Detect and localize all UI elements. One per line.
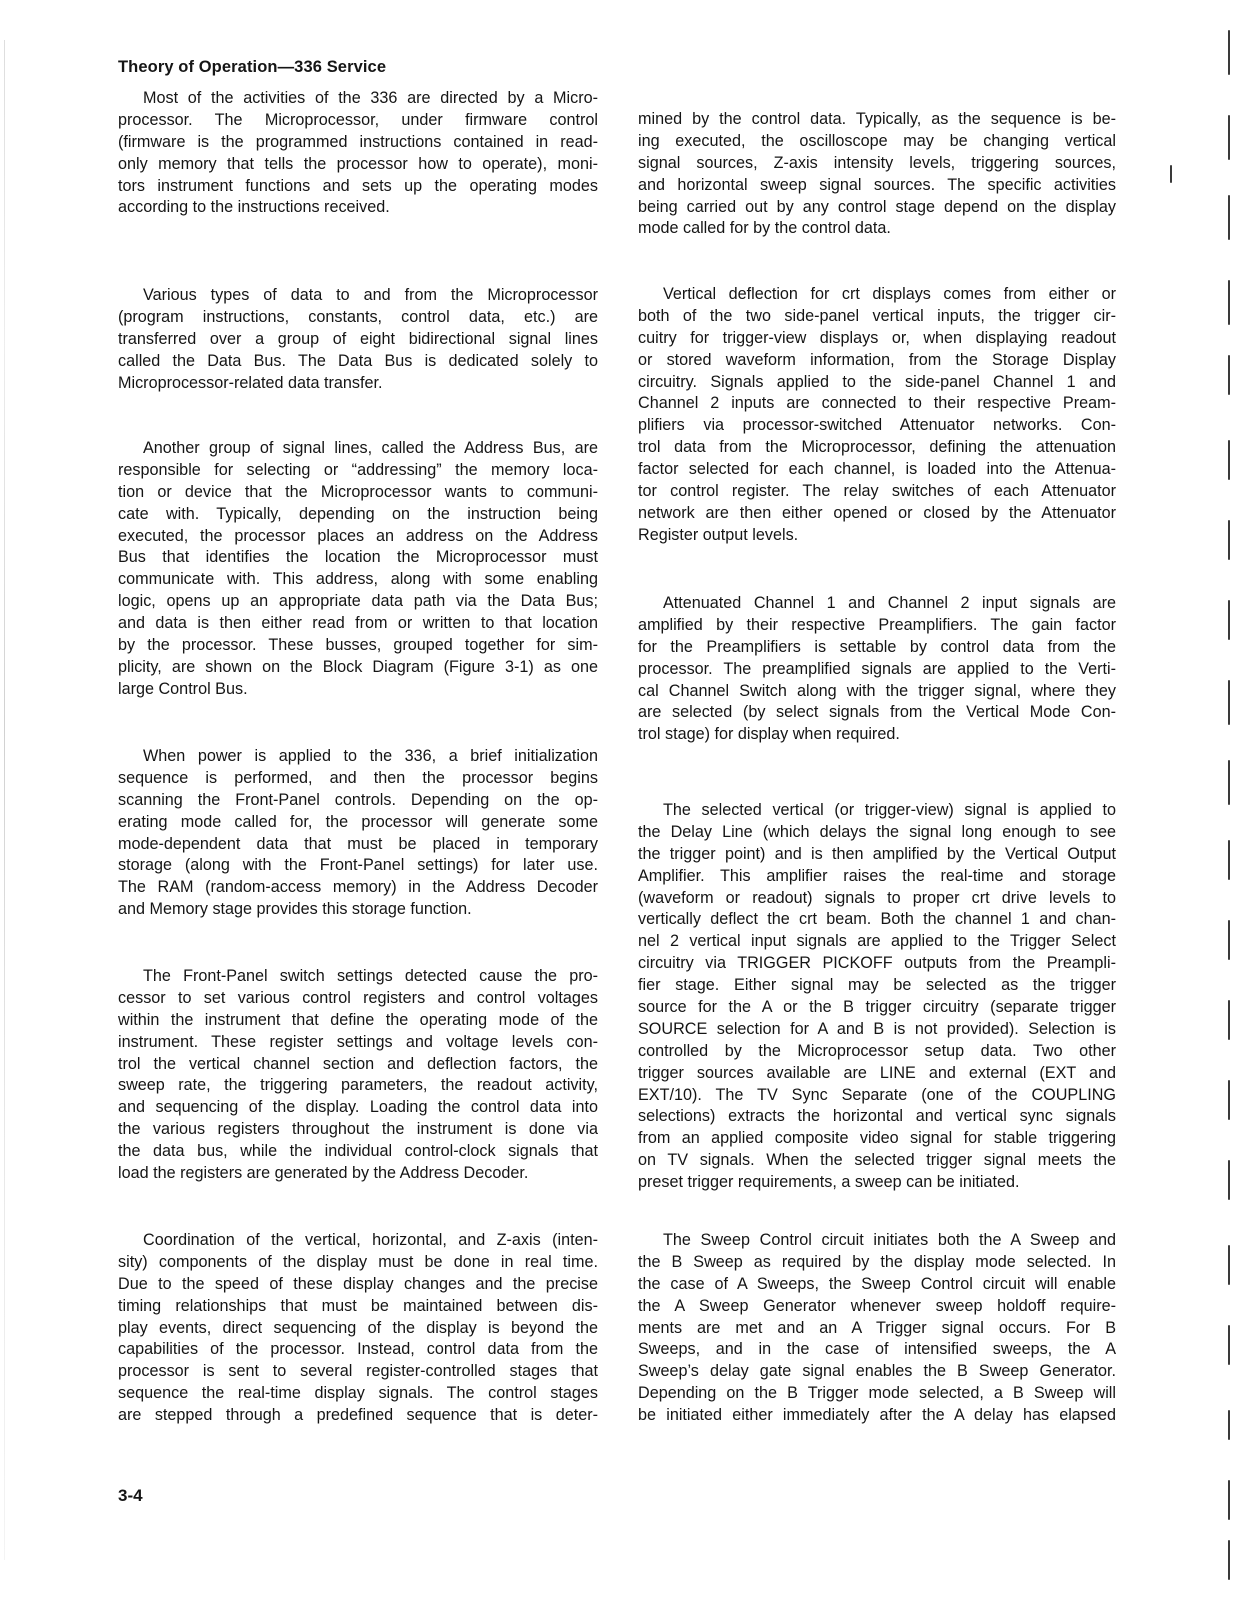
text-line: Depending on the B Trigger mode selected… — [638, 1383, 1116, 1405]
text-line: Another group of signal lines, called th… — [118, 438, 598, 460]
text-line: controlled by the Microprocessor setup d… — [638, 1041, 1116, 1063]
text-line: (firmware is the programmed instructions… — [118, 132, 598, 154]
scan-edge-mark — [1228, 680, 1230, 725]
text-line: Amplifier. This amplifier raises the rea… — [638, 866, 1116, 888]
paragraph: Most of the activities of the 336 are di… — [118, 88, 598, 219]
text-line: circuitry. Signals applied to the side-p… — [638, 372, 1116, 394]
text-line: cessor to set various control registers … — [118, 988, 598, 1010]
scan-edge-mark — [1228, 1480, 1230, 1520]
text-line: selections) extracts the horizontal and … — [638, 1106, 1116, 1128]
scan-edge-mark — [1228, 115, 1230, 160]
text-line: EXT/10). The TV Sync Separate (one of th… — [638, 1085, 1116, 1107]
text-line: Channel 2 inputs are connected to their … — [638, 393, 1116, 415]
text-line: cal Channel Switch along with the trigge… — [638, 681, 1116, 703]
text-line: processor. The preamplified signals are … — [638, 659, 1116, 681]
paragraph: The Front-Panel switch settings detected… — [118, 966, 598, 1185]
scan-edge-mark — [1228, 1410, 1230, 1440]
text-line: by the processor. These busses, grouped … — [118, 635, 598, 657]
text-line: only memory that tells the processor how… — [118, 154, 598, 176]
text-line: are stepped through a predefined sequenc… — [118, 1405, 598, 1427]
scan-edge-mark — [1228, 440, 1230, 480]
text-line: the case of A Sweeps, the Sweep Control … — [638, 1274, 1116, 1296]
text-line: nel 2 vertical input signals are applied… — [638, 931, 1116, 953]
scan-edge-mark — [1228, 355, 1230, 395]
text-line: Sweeps, and in the case of intensified s… — [638, 1339, 1116, 1361]
text-line: The Front-Panel switch settings detected… — [118, 966, 598, 988]
scan-edge-mark — [1228, 1325, 1230, 1365]
text-line: processor is sent to several register-co… — [118, 1361, 598, 1383]
text-line: the Delay Line (which delays the signal … — [638, 822, 1116, 844]
text-line: processor. The Microprocessor, under fir… — [118, 110, 598, 132]
text-line: scanning the Front-Panel controls. Depen… — [118, 790, 598, 812]
text-line: cate with. Typically, depending on the i… — [118, 504, 598, 526]
scan-edge-left — [4, 40, 5, 1560]
text-line: The selected vertical (or trigger-view) … — [638, 800, 1116, 822]
text-line: Most of the activities of the 336 are di… — [118, 88, 598, 110]
text-line: the A Sweep Generator whenever sweep hol… — [638, 1296, 1116, 1318]
scan-edge-mark — [1170, 165, 1172, 183]
text-line: play events, direct sequencing of the di… — [118, 1318, 598, 1340]
text-line: circuitry via TRIGGER PICKOFF outputs fr… — [638, 953, 1116, 975]
text-line: fier stage. Either signal may be selecte… — [638, 975, 1116, 997]
text-line: load the registers are generated by the … — [118, 1163, 598, 1185]
scan-edge-mark — [1228, 1245, 1230, 1285]
text-line: both of the two side-panel vertical inpu… — [638, 306, 1116, 328]
text-line: Bus that identifies the location the Mic… — [118, 547, 598, 569]
text-line: The RAM (random-access memory) in the Ad… — [118, 877, 598, 899]
text-line: the data bus, while the individual contr… — [118, 1141, 598, 1163]
paragraph: The Sweep Control circuit initiates both… — [638, 1230, 1116, 1427]
text-line: according to the instructions received. — [118, 197, 598, 219]
scan-edge-mark — [1228, 520, 1230, 560]
text-line: timing relationships that must be mainta… — [118, 1296, 598, 1318]
text-line: the various registers throughout the ins… — [118, 1119, 598, 1141]
paragraph: The selected vertical (or trigger-view) … — [638, 800, 1116, 1194]
text-line: plicity, are shown on the Block Diagram … — [118, 657, 598, 679]
scan-edge-mark — [1228, 600, 1230, 640]
paragraph: mined by the control data. Typically, as… — [638, 109, 1116, 240]
text-line: network are then either opened or closed… — [638, 503, 1116, 525]
text-line: capabilities of the processor. Instead, … — [118, 1339, 598, 1361]
text-line: trol data from the Microprocessor, defin… — [638, 437, 1116, 459]
scan-edge-mark — [1228, 920, 1230, 960]
text-line: Sweep’s delay gate signal enables the B … — [638, 1361, 1116, 1383]
text-line: trol the vertical channel section and de… — [118, 1054, 598, 1076]
text-line: the trigger point) and is then amplified… — [638, 844, 1116, 866]
text-line: for the Preamplifiers is settable by con… — [638, 637, 1116, 659]
text-line: SOURCE selection for A and B is not prov… — [638, 1019, 1116, 1041]
text-line: When power is applied to the 336, a brie… — [118, 746, 598, 768]
text-line: ing executed, the oscilloscope may be ch… — [638, 131, 1116, 153]
paragraph: Another group of signal lines, called th… — [118, 438, 598, 701]
text-line: are selected (by select signals from the… — [638, 702, 1116, 724]
text-line: and data is then either read from or wri… — [118, 613, 598, 635]
text-line: and horizontal sweep signal sources. The… — [638, 175, 1116, 197]
text-line: from an applied composite video signal f… — [638, 1128, 1116, 1150]
scan-edge-mark — [1228, 1540, 1230, 1580]
text-line: and Memory stage provides this storage f… — [118, 899, 598, 921]
scan-edge-mark — [1228, 1000, 1230, 1040]
text-line: called the Data Bus. The Data Bus is ded… — [118, 351, 598, 373]
text-line: sequence the real-time display signals. … — [118, 1383, 598, 1405]
text-line: vertically deflect the crt beam. Both th… — [638, 909, 1116, 931]
text-line: executed, the processor places an addres… — [118, 526, 598, 548]
text-line: mode called for by the control data. — [638, 218, 1116, 240]
paragraph: Coordination of the vertical, horizontal… — [118, 1230, 598, 1427]
text-line: being carried out by any control stage d… — [638, 197, 1116, 219]
scan-edge-mark — [1228, 30, 1230, 75]
text-line: large Control Bus. — [118, 679, 598, 701]
text-line: plifiers via processor-switched Attenuat… — [638, 415, 1116, 437]
text-line: ments are met and an A Trigger signal oc… — [638, 1318, 1116, 1340]
scan-edge-mark — [1228, 840, 1230, 880]
text-line: sweep rate, the triggering parameters, t… — [118, 1075, 598, 1097]
text-line: The Sweep Control circuit initiates both… — [638, 1230, 1116, 1252]
text-line: Various types of data to and from the Mi… — [118, 285, 598, 307]
text-line: sity) components of the display must be … — [118, 1252, 598, 1274]
text-line: Coordination of the vertical, horizontal… — [118, 1230, 598, 1252]
text-line: source for the A or the B trigger circui… — [638, 997, 1116, 1019]
text-line: storage (along with the Front-Panel sett… — [118, 855, 598, 877]
text-line: preset trigger requirements, a sweep can… — [638, 1172, 1116, 1194]
scan-edge-mark — [1228, 1080, 1230, 1120]
text-line: mined by the control data. Typically, as… — [638, 109, 1116, 131]
text-line: and sequencing of the display. Loading t… — [118, 1097, 598, 1119]
paragraph: Vertical deflection for crt displays com… — [638, 284, 1116, 547]
text-line: instrument. These register settings and … — [118, 1032, 598, 1054]
paragraph: Various types of data to and from the Mi… — [118, 285, 598, 394]
page-number: 3-4 — [118, 1486, 143, 1506]
page-header-title: Theory of Operation—336 Service — [118, 58, 386, 77]
text-line: tion or device that the Microprocessor w… — [118, 482, 598, 504]
text-line: Microprocessor-related data transfer. — [118, 373, 598, 395]
paragraph: When power is applied to the 336, a brie… — [118, 746, 598, 921]
text-line: mode-dependent data that must be placed … — [118, 834, 598, 856]
text-line: factor selected for each channel, is loa… — [638, 459, 1116, 481]
text-line: or stored waveform information, from the… — [638, 350, 1116, 372]
text-line: trol stage) for display when required. — [638, 724, 1116, 746]
text-line: responsible for selecting or “addressing… — [118, 460, 598, 482]
text-line: communicate with. This address, along wi… — [118, 569, 598, 591]
scan-edge-mark — [1228, 195, 1230, 240]
text-line: signal sources, Z-axis intensity levels,… — [638, 153, 1116, 175]
text-line: the B Sweep as required by the display m… — [638, 1252, 1116, 1274]
paragraph: Attenuated Channel 1 and Channel 2 input… — [638, 593, 1116, 746]
text-line: trigger sources available are LINE and e… — [638, 1063, 1116, 1085]
text-line: cuitry for trigger-view displays or, whe… — [638, 328, 1116, 350]
text-line: Due to the speed of these display change… — [118, 1274, 598, 1296]
text-line: tors instrument functions and sets up th… — [118, 176, 598, 198]
text-line: (waveform or readout) signals to proper … — [638, 888, 1116, 910]
text-line: transferred over a group of eight bidire… — [118, 329, 598, 351]
scan-edge-mark — [1228, 760, 1230, 805]
text-line: (program instructions, constants, contro… — [118, 307, 598, 329]
text-line: within the instrument that define the op… — [118, 1010, 598, 1032]
text-line: Register output levels. — [638, 525, 1116, 547]
text-line: be initiated either immediately after th… — [638, 1405, 1116, 1427]
text-line: tor control register. The relay switches… — [638, 481, 1116, 503]
scan-edge-mark — [1228, 1160, 1230, 1200]
text-line: amplified by their respective Preamplifi… — [638, 615, 1116, 637]
text-line: erating mode called for, the processor w… — [118, 812, 598, 834]
text-line: Attenuated Channel 1 and Channel 2 input… — [638, 593, 1116, 615]
scan-edge-mark — [1228, 280, 1230, 325]
text-line: sequence is performed, and then the proc… — [118, 768, 598, 790]
text-line: logic, opens up an appropriate data path… — [118, 591, 598, 613]
text-line: on TV signals. When the selected trigger… — [638, 1150, 1116, 1172]
text-line: Vertical deflection for crt displays com… — [638, 284, 1116, 306]
